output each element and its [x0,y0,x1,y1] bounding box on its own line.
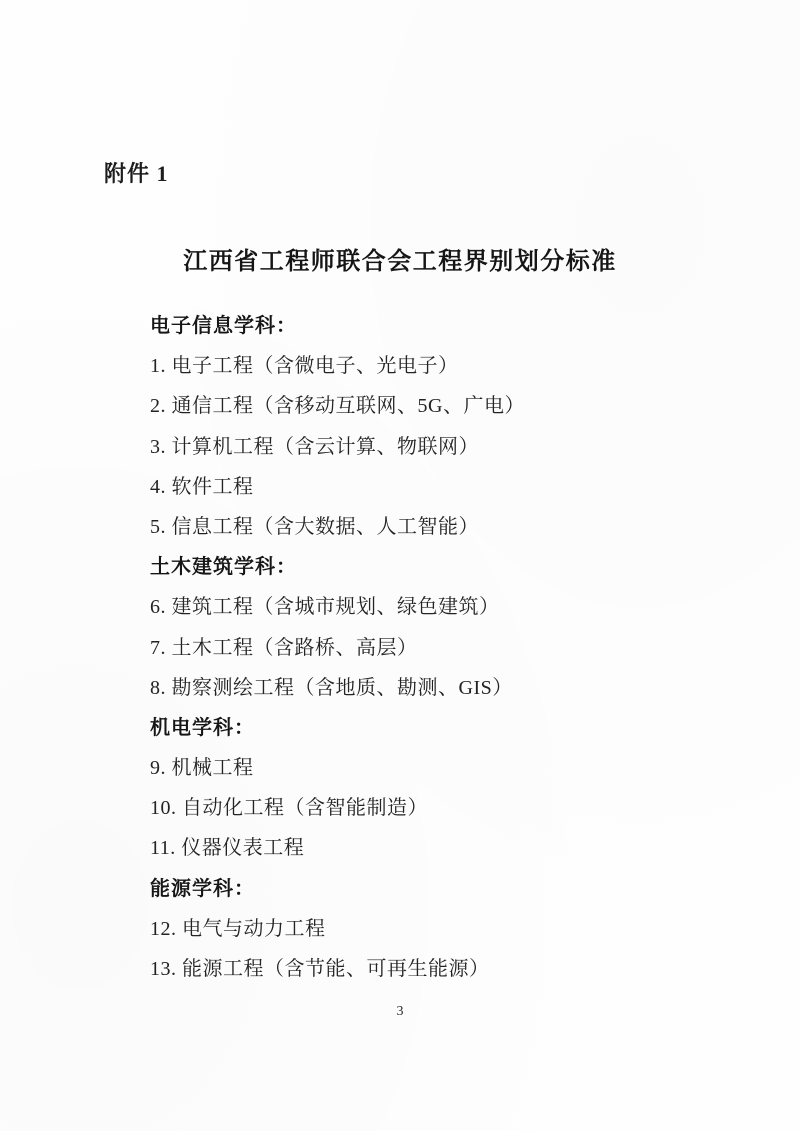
page-number: 3 [0,1004,800,1020]
list-item: 5. 信息工程（含大数据、人工智能） [150,507,710,547]
section-heading: 电子信息学科： [150,306,710,346]
scanned-document-page: 附件 1 江西省工程师联合会工程界别划分标准 电子信息学科： 1. 电子工程（含… [0,0,800,1131]
document-body: 电子信息学科： 1. 电子工程（含微电子、光电子） 2. 通信工程（含移动互联网… [150,306,710,989]
attachment-label: 附件 1 [104,157,169,188]
list-item: 13. 能源工程（含节能、可再生能源） [150,949,710,989]
list-item: 10. 自动化工程（含智能制造） [150,788,710,828]
list-item: 6. 建筑工程（含城市规划、绿色建筑） [150,587,710,627]
section-heading: 机电学科： [150,708,710,748]
section-heading: 土木建筑学科： [150,547,710,587]
list-item: 1. 电子工程（含微电子、光电子） [150,346,710,386]
list-item: 9. 机械工程 [150,748,710,788]
document-title: 江西省工程师联合会工程界别划分标准 [0,241,800,276]
list-item: 2. 通信工程（含移动互联网、5G、广电） [150,386,710,426]
list-item: 3. 计算机工程（含云计算、物联网） [150,427,710,467]
list-item: 8. 勘察测绘工程（含地质、勘测、GIS） [150,668,710,708]
list-item: 7. 土木工程（含路桥、高层） [150,628,710,668]
section-heading: 能源学科： [150,869,710,909]
list-item: 12. 电气与动力工程 [150,909,710,949]
list-item: 4. 软件工程 [150,467,710,507]
list-item: 11. 仪器仪表工程 [150,828,710,868]
